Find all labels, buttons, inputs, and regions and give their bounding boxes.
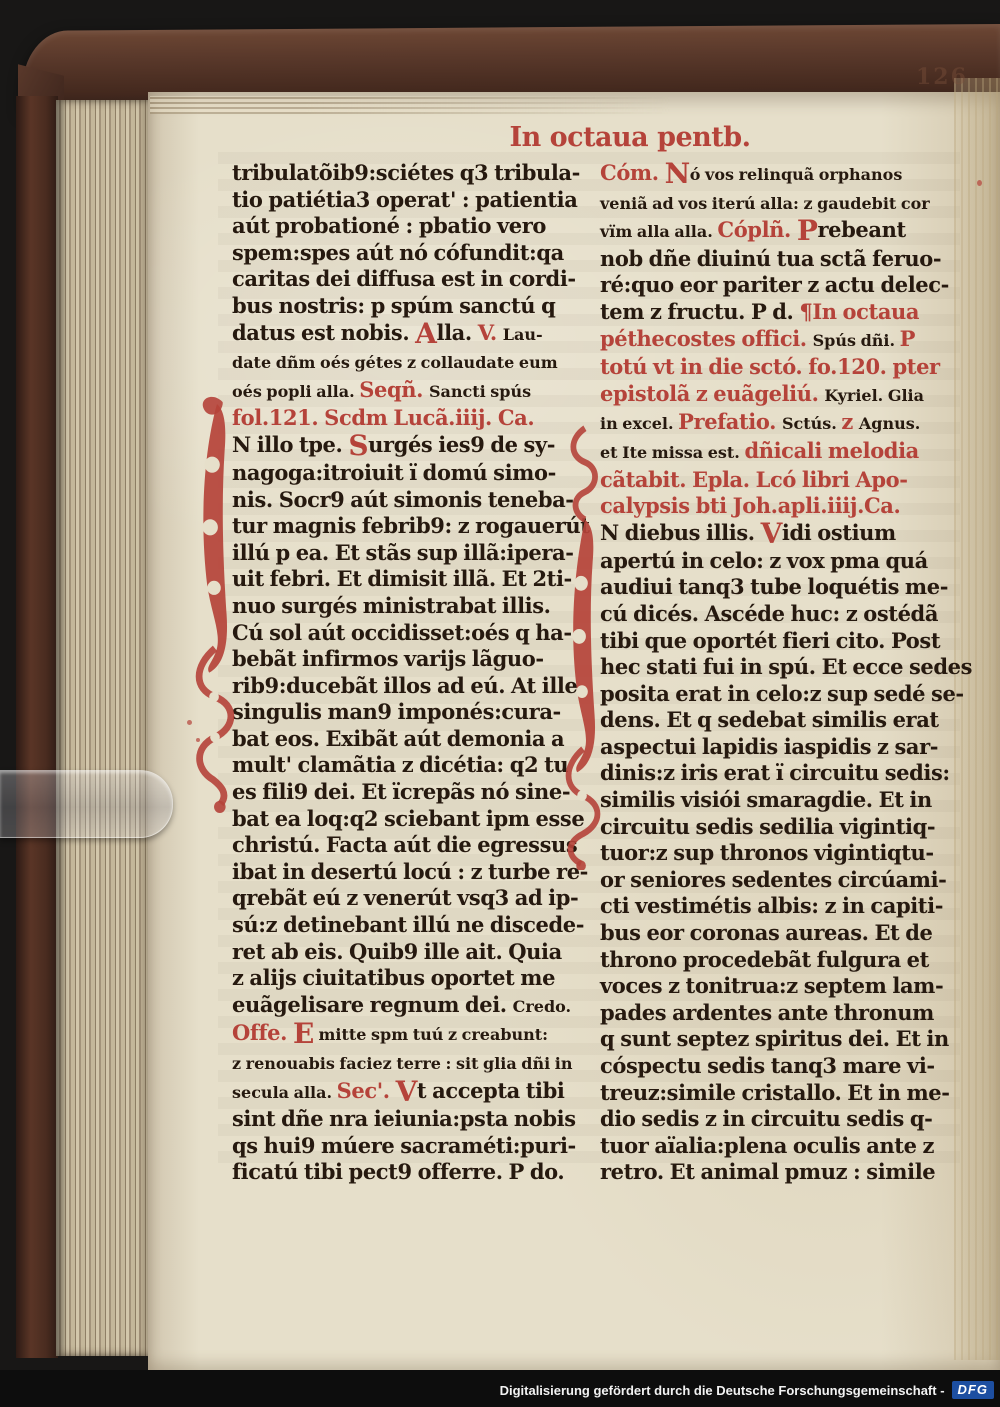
text-line: z alijs ciuitatibus oportet me <box>232 965 588 992</box>
text-line: péthecostes offici. Spús dñi. P <box>600 326 956 355</box>
text-line: epistolã z euãgeliú. Kyriel. Glia <box>600 381 956 410</box>
text-line: rib9:ducebãt illos ad eú. At ille <box>232 673 588 700</box>
text-line: posita erat in celo:z sup sedé se- <box>600 681 956 708</box>
text-line: singulis man9 imponés:cura- <box>232 699 588 726</box>
text-line: q sunt septez spiritus dei. Et in <box>600 1026 956 1053</box>
text-line: veniã ad vos iterú alla: z gaudebit cor <box>600 189 956 218</box>
text-line: date dñm oés gétes z collaudate eum <box>232 348 588 377</box>
text-line: cãtabit. Epla. Lcó libri Apo- <box>600 467 956 494</box>
ink-speck <box>977 180 982 186</box>
text-line: tribulatõib9:sciétes q3 tribula- <box>232 160 588 187</box>
text-line: nagoga:itroiuit ï domú simo- <box>232 460 588 487</box>
text-line: nob dñe diuinú tua sctã feruo- <box>600 246 956 273</box>
pen-flourish-ornament-icon <box>556 424 610 870</box>
text-line: ré:quo eor pariter z actu delec- <box>600 272 956 299</box>
text-column-right: Cóm. Nó vos relinquã orphanosveniã ad vo… <box>600 160 956 1186</box>
text-line: fol.121. Scdm Lucã.iiij. Ca. <box>232 405 588 432</box>
text-line: cú dicés. Ascéde huc: z ostédã <box>600 601 956 628</box>
text-line: tibi que oportét fieri cito. Post <box>600 628 956 655</box>
text-line: Cú sol aút occidisset:oés q ha- <box>232 620 588 647</box>
text-line: throno procedebãt fulgura et <box>600 947 956 974</box>
text-line: ret ab eis. Quib9 ille ait. Quia <box>232 939 588 966</box>
right-page-edges <box>954 78 1000 1360</box>
text-line: es fili9 dei. Et ïcrepãs nó sine- <box>232 779 588 806</box>
text-line: aút probationé : pbatio vero <box>232 213 588 240</box>
text-line: voces z tonitrua:z septem lam- <box>600 973 956 1000</box>
text-line: dio sedis z in circuitu sedis q- <box>600 1106 956 1133</box>
text-line: N illo tpe. Surgés ies9 de sy- <box>232 432 588 460</box>
text-line: nis. Socr9 aút simonis teneba- <box>232 487 588 514</box>
text-line: bat ea loq:q2 sciebant ipm esse <box>232 806 588 833</box>
text-line: calypsis bti Joh.apli.iiij.Ca. <box>600 493 956 520</box>
dfg-logo: DFG <box>952 1381 994 1399</box>
text-line: bus eor coronas aureas. Et de <box>600 920 956 947</box>
scan-background: In octaua pentb. 126 tribulatõib9:sciéte… <box>0 0 1000 1407</box>
book-spine <box>16 96 58 1358</box>
text-line: Offe. E mitte spm tuú z creabunt: <box>232 1020 588 1049</box>
text-line: z renouabis faciez terre : sit glia dñi … <box>232 1049 588 1078</box>
text-line: ibat in desertú locú : z turbe re- <box>232 859 588 886</box>
text-line: spem:spes aút nó cófundit:qa <box>232 240 588 267</box>
text-line: vïm alla alla. Cóplñ. Prebeant <box>600 217 956 246</box>
text-line: qs hui9 múere sacraméti:puri- <box>232 1133 588 1160</box>
text-line: tur magnis febrib9: z rogauerút <box>232 513 588 540</box>
page-holder-clip <box>0 770 173 838</box>
ink-speck <box>196 738 200 742</box>
text-line: uit febri. Et dimisit illã. Et 2ti- <box>232 566 588 593</box>
text-line: et Ite missa est. dñicali melodia <box>600 438 956 467</box>
text-line: mult' clamãtia z dicétia: q2 tu <box>232 752 588 779</box>
text-line: illú p ea. Et stãs sup illã:ipera- <box>232 540 588 567</box>
text-line: tuor aïalia:plena oculis ante z <box>600 1133 956 1160</box>
text-line: bus nostris: p spúm sanctú q <box>232 293 588 320</box>
text-line: sú:z detinebant illú ne discede- <box>232 912 588 939</box>
running-title: In octaua pentb. <box>470 122 790 153</box>
text-line: euãgelisare regnum dei. Credo. <box>232 992 588 1021</box>
text-line: pades ardentes ante thronum <box>600 1000 956 1027</box>
text-line: dens. Et q sedebat similis erat <box>600 707 956 734</box>
text-line: tem z fructu. P d. ¶In octaua <box>600 299 956 326</box>
text-column-left: tribulatõib9:sciétes q3 tribula-tio pati… <box>232 160 588 1186</box>
text-line: N diebus illis. Vidi ostium <box>600 520 956 548</box>
text-line: christú. Facta aút die egressus <box>232 832 588 859</box>
text-line: in excel. Prefatio. Sctús. z Agnus. <box>600 409 956 438</box>
text-line: bebãt infirmos varijs lãguo- <box>232 646 588 673</box>
text-line: secula alla. Sec'. Vt accepta tibi <box>232 1078 588 1107</box>
pen-flourish-ornament-icon <box>188 392 242 816</box>
folio-number-showthrough: 126 <box>916 64 968 90</box>
text-line: datus est nobis. Alla. V. Lau- <box>232 320 588 349</box>
text-line: apertú in celo: z vox pma quá <box>600 548 956 575</box>
text-line: or seniores sedentes circúami- <box>600 867 956 894</box>
top-page-edges <box>150 96 670 114</box>
text-line: similis visiói smaragdie. Et in <box>600 787 956 814</box>
text-line: qrebãt eú z venerút vsq3 ad ip- <box>232 885 588 912</box>
digitization-caption: Digitalisierung gefördert durch die Deut… <box>500 1383 945 1398</box>
text-line: tio patiétia3 operat' : patientia <box>232 187 588 214</box>
text-line: sint dñe nra ieiunia:psta nobis <box>232 1106 588 1133</box>
text-line: hec stati fui in spú. Et ecce sedes <box>600 654 956 681</box>
text-line: caritas dei diffusa est in cordi- <box>232 266 588 293</box>
text-line: treuz:simile cristallo. Et in me- <box>600 1080 956 1107</box>
text-line: dinis:z iris erat ï circuitu sedis: <box>600 760 956 787</box>
text-line: retro. Et animal pmuz : simile <box>600 1159 956 1186</box>
text-line: bat eos. Exibãt aút demonia a <box>232 726 588 753</box>
page-edges-stack <box>56 100 152 1356</box>
text-line: nuo surgés ministrabat illis. <box>232 593 588 620</box>
text-line: ficatú tibi pect9 offerre. P do. <box>232 1159 588 1186</box>
caption-bar: Digitalisierung gefördert durch die Deut… <box>0 1370 1000 1407</box>
text-line: Cóm. Nó vos relinquã orphanos <box>600 160 956 189</box>
text-line: oés popli alla. Seqñ. Sancti spús <box>232 377 588 406</box>
text-line: cóspectu sedis tanq3 mare vi- <box>600 1053 956 1080</box>
text-line: aspectui lapidis iaspidis z sar- <box>600 734 956 761</box>
text-line: circuitu sedis sedilia vigintiq- <box>600 814 956 841</box>
text-line: tuor:z sup thronos vigintiqtu- <box>600 840 956 867</box>
ink-speck <box>187 720 192 725</box>
text-line: audiui tanq3 tube loquétis me- <box>600 574 956 601</box>
text-line: cti vestimétis albis: z in capiti- <box>600 893 956 920</box>
text-line: totú vt in die sctó. fo.120. pter <box>600 354 956 381</box>
